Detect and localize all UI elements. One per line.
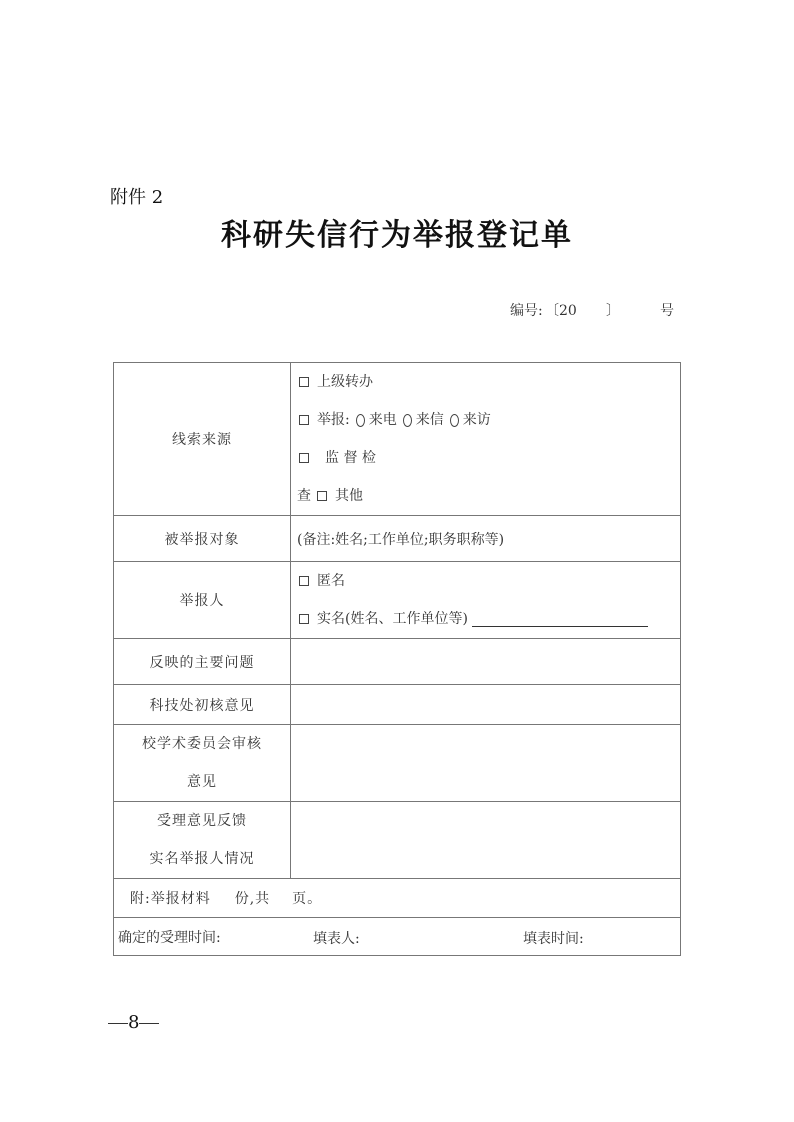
label-feedback: 受理意见反馈 实名举报人情况 (114, 802, 291, 879)
label-clue-source: 线索来源 (114, 363, 291, 516)
fill-time-label: 填表时间: (523, 928, 584, 948)
serial-suffix: 号 (660, 300, 674, 320)
label-committee-review-line2: 意见 (114, 763, 290, 801)
radio-phone[interactable] (356, 414, 365, 427)
checkbox-supervision[interactable] (299, 453, 309, 463)
main-issue-field[interactable] (291, 639, 681, 685)
page-number-value: 8 (128, 1012, 139, 1033)
initial-review-field[interactable] (291, 685, 681, 725)
attachment-copies: 份,共 (235, 891, 270, 907)
option-phone: 来电 (369, 412, 397, 428)
checkbox-report[interactable] (299, 415, 309, 425)
feedback-field[interactable] (291, 802, 681, 879)
serial-label: 编号: (510, 300, 543, 320)
option-report: 举报: (317, 412, 350, 428)
label-reported-party: 被举报对象 (114, 516, 291, 562)
table-row-footer: 确定的受理时间: 填表人: 填表时间: (114, 918, 681, 956)
committee-review-field[interactable] (291, 725, 681, 802)
attachment-prefix: 附:举报材料 (130, 891, 211, 907)
label-feedback-line2: 实名举报人情况 (114, 840, 290, 878)
radio-visit[interactable] (450, 414, 459, 427)
page-number: 8 (108, 1012, 159, 1033)
table-row-main-issue: 反映的主要问题 (114, 639, 681, 685)
table-row-reporter: 举报人 匿名 实名(姓名、工作单位等) (114, 562, 681, 639)
checkbox-superior-transfer[interactable] (299, 377, 309, 387)
option-letter: 来信 (416, 412, 444, 428)
label-feedback-line1: 受理意见反馈 (114, 802, 290, 840)
option-supervision: 监 督 检 (325, 450, 376, 466)
filler-label: 填表人: (313, 928, 360, 948)
label-committee-review-line1: 校学术委员会审核 (114, 725, 290, 763)
label-initial-review: 科技处初核意见 (114, 685, 291, 725)
reporter-options: 匿名 实名(姓名、工作单位等) (291, 562, 681, 639)
checkbox-anonymous[interactable] (299, 576, 309, 586)
table-row-clue-source: 线索来源 上级转办 举报:来电来信来访 监 督 检 查其他 (114, 363, 681, 516)
attachment-label: 附件 2 (110, 183, 163, 209)
label-reporter: 举报人 (114, 562, 291, 639)
footer-row: 确定的受理时间: 填表人: 填表时间: (114, 918, 681, 956)
attachment-pages: 页。 (292, 891, 322, 907)
checkbox-real-name[interactable] (299, 614, 309, 624)
checkbox-other[interactable] (317, 491, 327, 501)
option-other: 其他 (335, 488, 363, 504)
option-superior-transfer: 上级转办 (317, 374, 373, 390)
report-registration-table: 线索来源 上级转办 举报:来电来信来访 监 督 检 查其他 被举报对象 (备注:… (113, 362, 681, 956)
radio-letter[interactable] (403, 414, 412, 427)
real-name-input[interactable] (472, 612, 648, 627)
dash-right (139, 1023, 159, 1024)
table-row-reported-party: 被举报对象 (备注:姓名;工作单位;职务职称等) (114, 516, 681, 562)
option-visit: 来访 (463, 412, 491, 428)
table-row-initial-review: 科技处初核意见 (114, 685, 681, 725)
label-committee-review: 校学术委员会审核 意见 (114, 725, 291, 802)
table-row-attachment: 附:举报材料份,共页。 (114, 879, 681, 918)
option-supervision-cont: 查 (297, 488, 311, 504)
table-row-feedback: 受理意见反馈 实名举报人情况 (114, 802, 681, 879)
option-real-name: 实名(姓名、工作单位等) (317, 611, 468, 627)
attachment-row: 附:举报材料份,共页。 (114, 879, 681, 918)
dash-left (108, 1023, 128, 1024)
accept-time-label: 确定的受理时间: (118, 930, 221, 946)
serial-year-open: 〔20 (545, 300, 577, 320)
option-anonymous: 匿名 (317, 573, 345, 589)
clue-source-options: 上级转办 举报:来电来信来访 监 督 检 查其他 (291, 363, 681, 516)
table-row-committee-review: 校学术委员会审核 意见 (114, 725, 681, 802)
page-title: 科研失信行为举报登记单 (0, 210, 794, 254)
serial-bracket-close: 〕 (606, 300, 620, 320)
label-main-issue: 反映的主要问题 (114, 639, 291, 685)
reported-party-field[interactable]: (备注:姓名;工作单位;职务职称等) (291, 516, 681, 562)
